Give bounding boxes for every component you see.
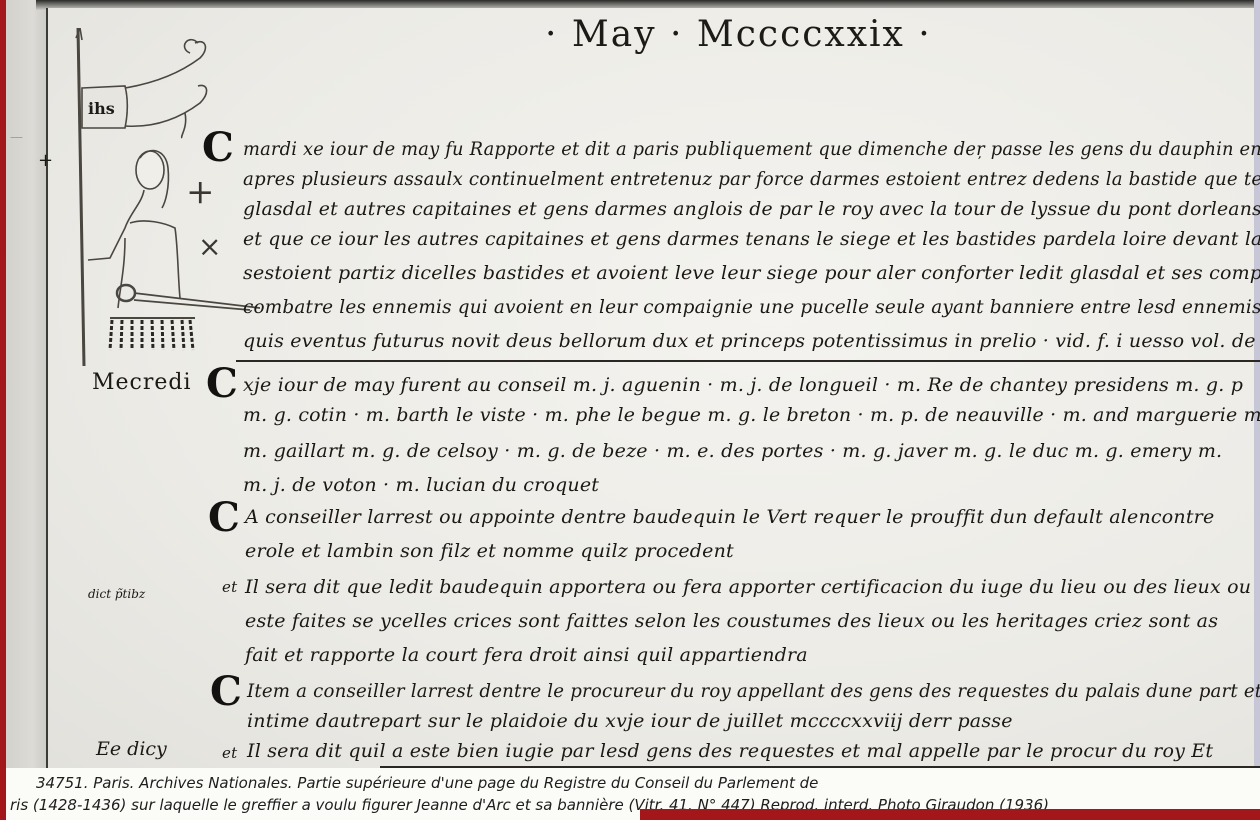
margin-cross-2: ×	[198, 230, 221, 263]
entry-1-line-4: et que ce iour les autres capitaines et …	[243, 228, 1260, 250]
entry-5-line-2: intime dautrepart sur le plaidoie du xvj…	[247, 710, 1013, 732]
entry-4-line-2: este faites se ycelles crices sont faitt…	[245, 610, 1218, 632]
entry-6-prefix: et	[222, 744, 237, 762]
margin-note-dict: dict p̃tibz	[88, 587, 145, 601]
entry-3-line-1: A conseiller larrest ou appointe dentre …	[245, 506, 1214, 528]
entry-2-line-2: m. g. cotin · m. barth le viste · m. phe…	[243, 404, 1260, 426]
entry-1-line-1: mardi xe iour de may fu Rapporte et dit …	[243, 138, 1260, 160]
entry-5-line-1: Item a conseiller larrest dentre le proc…	[247, 680, 1260, 702]
entry-6-line-1: Il sera dit quil a este bien iugie par l…	[247, 740, 1213, 762]
pilcrow-mark: C	[202, 124, 234, 171]
banner-text: ihs	[88, 99, 115, 118]
margin-cross-3: +	[38, 150, 53, 171]
right-page-edge	[1254, 0, 1260, 768]
entry-4-line-3: fait et rapporte la court fera droit ain…	[245, 644, 808, 666]
entry-1-line-3: glasdal et autres capitaines et gens dar…	[243, 198, 1260, 220]
facing-page-ghost-text: —	[10, 130, 23, 145]
pilcrow-mark: C	[208, 494, 240, 541]
entry-1-line-2: apres plusieurs assaulx continuelment en…	[243, 168, 1260, 190]
entry-2-line-1: xje iour de may furent au conseil m. j. …	[243, 374, 1243, 396]
entry-2-line-4: m. j. de voton · m. lucian du croquet	[243, 474, 599, 496]
underline-rule	[236, 360, 1260, 362]
entry-2-line-3: m. gaillart m. g. de celsoy · m. g. de b…	[243, 440, 1222, 462]
facing-page-edge: —	[6, 0, 50, 768]
margin-note-ee-dicy: Ee dicy	[96, 738, 167, 760]
red-border-bottom	[640, 809, 1260, 820]
margin-note-mecredi: Mecredi	[92, 370, 192, 395]
caption-line-1: 34751. Paris. Archives Nationales. Parti…	[36, 774, 818, 792]
entry-4-prefix: et	[222, 578, 237, 596]
entry-3-line-2: erole et lambin son filz et nomme quilz …	[245, 540, 734, 562]
entry-4-line-1: Il sera dit que ledit baudequin apporter…	[245, 576, 1251, 598]
pilcrow-mark: C	[206, 360, 238, 407]
joan-of-arc-illustration: ihs	[70, 28, 260, 368]
margin-cross-1: +	[186, 172, 215, 212]
entry-1-line-7: quis eventus futurus novit deus bellorum…	[243, 330, 1256, 352]
entry-1-line-5: sestoient partiz dicelles bastides et av…	[243, 262, 1260, 284]
pilcrow-mark: C	[210, 668, 242, 715]
page-title: · May · Mccccxxix ·	[545, 14, 932, 55]
entry-1-line-6: combatre les ennemis qui avoient en leur…	[243, 296, 1260, 318]
